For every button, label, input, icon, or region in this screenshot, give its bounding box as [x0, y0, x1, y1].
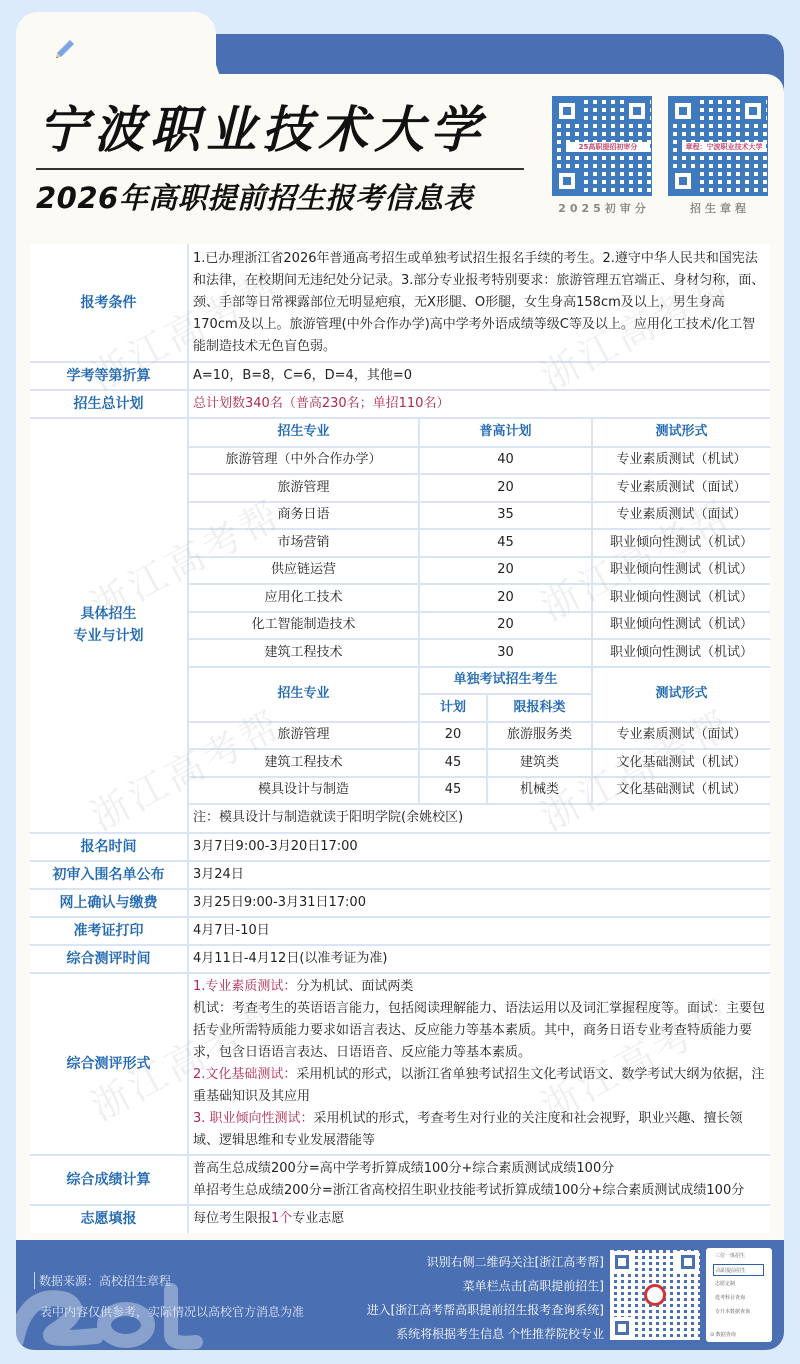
cell-plan: 45 [419, 777, 487, 805]
row-label: 报考条件 [30, 244, 188, 362]
row-label: 招生总计划 [30, 390, 188, 418]
cell-test: 职业倾向性测试（机试） [592, 639, 770, 667]
disclaimer: 表中内容仅供参考，实际情况以高校官方消息为准 [34, 1303, 304, 1320]
row-preference: 志愿填报 每位考生限报1个专业志愿 [30, 1205, 770, 1233]
cell-major: 应用化工技术 [189, 584, 419, 612]
row-value: 1.专业素质测试：分为机试、面试两类 机试：考查考生的英语语言能力，包括阅读理解… [188, 973, 770, 1155]
cell-major: 市场营销 [189, 529, 419, 557]
instruction-line: 菜单栏点击[高职提前招生] [367, 1274, 604, 1298]
qr-code-preliminary-scores[interactable]: 25高职提招初审分 2025初审分 [552, 96, 656, 216]
row-value: 1.已办理浙江省2026年普通高考招生或单独考试招生报名手续的考生。2.遵守中华… [188, 244, 770, 362]
row-value: 普高生总成绩200分=高中学考折算成绩100分+综合素质测试成绩100分 单招考… [188, 1155, 770, 1205]
row-value: 每位考生限报1个专业志愿 [188, 1205, 770, 1233]
menu-item: 专升本数据查询 [706, 1306, 772, 1318]
footer-banner: 数据来源：高校招生章程 表中内容仅供参考，实际情况以高校官方消息为准 识别右侧二… [16, 1240, 784, 1350]
row-eval-form: 综合测评形式 1.专业素质测试：分为机试、面试两类 机试：考查考生的英语语言能力… [30, 973, 770, 1155]
qr-overlay-label: 25高职提招初审分 [566, 142, 650, 152]
page-subtitle: 2026年高职提前招生报考信息表 [36, 178, 536, 218]
row-eval-time: 综合测评时间 4月11日-4月12日(以准考证为准) [30, 945, 770, 973]
instruction-line: 系统将根据考生信息 个性推荐院校专业 [367, 1322, 604, 1346]
row-label: 具体招生 专业与计划 [30, 418, 188, 833]
cell-major: 供应链运营 [189, 557, 419, 585]
general-plan-table: 招生专业 普高计划 测试形式 旅游管理（中外合作办学） 40 专业素质测试（机试… [189, 419, 770, 832]
row-label: 学考等第折算 [30, 362, 188, 390]
row-value: 3月25日9:00-3月31日17:00 [188, 889, 770, 917]
score-formula: 普高生总成绩200分=高中学考折算成绩100分+综合素质测试成绩100分 [193, 1158, 766, 1180]
cell-test: 职业倾向性测试（机试） [592, 612, 770, 640]
admission-info-table: 报考条件 1.已办理浙江省2026年普通高考招生或单独考试招生报名手续的考生。2… [30, 244, 770, 1233]
row-score-calc: 综合成绩计算 普高生总成绩200分=高中学考折算成绩100分+综合素质测试成绩1… [30, 1155, 770, 1205]
cell-test: 职业倾向性测试（机试） [592, 557, 770, 585]
column-group-header: 单独考试招生考生 [419, 667, 592, 695]
row-label: 综合测评时间 [30, 945, 188, 973]
row-label: 志愿填报 [30, 1205, 188, 1233]
table-row: 商务日语 35 专业素质测试（面试） [189, 502, 770, 530]
cell-test: 文化基础测试（机试） [592, 749, 770, 777]
page-title: 宁波职业技术大学 [38, 98, 538, 162]
cell-plan: 45 [419, 529, 592, 557]
row-value: 4月11日-4月12日(以准考证为准) [188, 945, 770, 973]
cell-plan: 30 [419, 639, 592, 667]
table-row: 化工智能制造技术 20 职业倾向性测试（机试） [189, 612, 770, 640]
qr-caption: 2025初审分 [552, 200, 656, 216]
method-text: 机试：考查考生的英语语言能力，包括阅读理解能力、语法运用以及词汇掌握程度等。面试… [193, 1001, 765, 1060]
menu-bottom-label: 数据查询 [716, 1332, 736, 1338]
method-text: 分为机试、面试两类 [296, 979, 413, 994]
cell-major: 建筑工程技术 [189, 749, 419, 777]
title-divider [36, 168, 524, 170]
column-header: 普高计划 [419, 419, 592, 447]
row-label: 综合成绩计算 [30, 1155, 188, 1205]
table-row: 建筑工程技术 30 职业倾向性测试（机试） [189, 639, 770, 667]
score-formula: 单招考生总成绩200分=浙江省高校招生职业技能考试折算成绩100分+综合素质测试… [193, 1180, 766, 1202]
table-row: 模具设计与制造 45 机械类 文化基础测试（机试） [189, 777, 770, 805]
label-line: 专业与计划 [30, 625, 187, 647]
table-row: 旅游管理 20 旅游服务类 专业素质测试（面试） [189, 722, 770, 750]
column-header: 计划 [419, 694, 487, 722]
cell-test: 专业素质测试（机试） [592, 447, 770, 475]
instruction-line: 识别右侧二维码关注[浙江高考帮] [367, 1250, 604, 1274]
method-item: 2.文化基础测试：采用机试的形式，以浙江省单独考试招生文化考试语文、数学考试大纲… [193, 1064, 766, 1108]
cell-plan: 20 [419, 474, 592, 502]
table-note-row: 注：模具设计与制造就读于阳明学院(余姚校区) [189, 804, 770, 832]
table-note: 注：模具设计与制造就读于阳明学院(余姚校区) [189, 804, 770, 832]
cell-test: 专业素质测试（面试） [592, 474, 770, 502]
table-row: 建筑工程技术 45 建筑类 文化基础测试（机试） [189, 749, 770, 777]
row-label: 准考证打印 [30, 917, 188, 945]
row-majors: 具体招生 专业与计划 招生专业 普高计划 测试形式 旅游管理（中外合作办学） 4… [30, 418, 770, 833]
label-line: 具体招生 [30, 603, 187, 625]
qr-overlay-label: 章程：宁波职业技术大学 [682, 142, 766, 152]
row-preliminary-list: 初审入围名单公布 3月24日 [30, 861, 770, 889]
column-header: 测试形式 [592, 419, 770, 447]
table-header: 招生专业 单独考试招生考生 测试形式 [189, 667, 770, 695]
method-item: 机试：考查考生的英语语言能力，包括阅读理解能力、语法运用以及词汇掌握程度等。面试… [193, 998, 766, 1064]
row-value: 3月24日 [188, 861, 770, 889]
data-source: 数据来源：高校招生章程 [34, 1272, 304, 1289]
cell-major: 建筑工程技术 [189, 639, 419, 667]
row-value: 4月7日-10日 [188, 917, 770, 945]
cell-test: 职业倾向性测试（机试） [592, 529, 770, 557]
table-row: 旅游管理（中外合作办学） 40 专业素质测试（机试） [189, 447, 770, 475]
row-value: 3月7日9:00-3月20日17:00 [188, 833, 770, 861]
column-header: 测试形式 [592, 667, 770, 722]
qr-code-icon: 章程：宁波职业技术大学 [668, 96, 768, 196]
method-item: 1.专业素质测试：分为机试、面试两类 [193, 976, 766, 998]
row-ticket-print: 准考证打印 4月7日-10日 [30, 917, 770, 945]
row-requirements: 报考条件 1.已办理浙江省2026年普通高考招生或单独考试招生报名手续的考生。2… [30, 244, 770, 362]
qr-caption: 招生章程 [668, 200, 772, 216]
menu-item: 三位一体招生 [706, 1250, 772, 1262]
table-row: 旅游管理 20 专业素质测试（面试） [189, 474, 770, 502]
cell-category: 建筑类 [487, 749, 592, 777]
brand-badge-icon [644, 1284, 666, 1306]
row-value: 总计划数340名（普高230名；单招110名） [188, 390, 770, 418]
menu-preview: 三位一体招生 高职提前招生 志愿定制 选考科目查询 专升本数据查询 ⊙ 数据查询 [706, 1248, 772, 1342]
row-label: 初审入围名单公布 [30, 861, 188, 889]
column-header: 招生专业 [189, 419, 419, 447]
row-online-confirm: 网上确认与缴费 3月25日9:00-3月31日17:00 [30, 889, 770, 917]
cell-plan: 40 [419, 447, 592, 475]
footer-left: 数据来源：高校招生章程 表中内容仅供参考，实际情况以高校官方消息为准 [34, 1272, 304, 1320]
cell-test: 专业素质测试（面试） [592, 722, 770, 750]
cell-major: 旅游管理（中外合作办学） [189, 447, 419, 475]
column-header: 招生专业 [189, 667, 419, 722]
row-grade-conversion: 学考等第折算 A=10，B=8，C=6，D=4，其他=0 [30, 362, 770, 390]
menu-item: 选考科目查询 [706, 1292, 772, 1304]
pref-count: 1个 [271, 1211, 292, 1226]
qr-code-icon: 25高职提招初审分 [552, 96, 652, 196]
menu-bottom: ⊙ 数据查询 [710, 1331, 736, 1338]
row-value: A=10，B=8，C=6，D=4，其他=0 [188, 362, 770, 390]
row-label: 综合测评形式 [30, 973, 188, 1155]
cell-plan: 20 [419, 557, 592, 585]
pref-suffix: 专业志愿 [292, 1211, 344, 1226]
method-title: 1.专业素质测试： [193, 979, 296, 994]
method-title: 2.文化基础测试： [193, 1067, 296, 1082]
column-header: 限报科类 [487, 694, 592, 722]
row-label: 网上确认与缴费 [30, 889, 188, 917]
row-label: 报名时间 [30, 833, 188, 861]
row-registration-time: 报名时间 3月7日9:00-3月20日17:00 [30, 833, 770, 861]
instruction-line: 进入[浙江高考帮高职提前招生报考查询系统] [367, 1298, 604, 1322]
cell-major: 旅游管理 [189, 474, 419, 502]
table-row: 应用化工技术 20 职业倾向性测试（机试） [189, 584, 770, 612]
table-row: 市场营销 45 职业倾向性测试（机试） [189, 529, 770, 557]
cell-major: 旅游管理 [189, 722, 419, 750]
cell-major: 商务日语 [189, 502, 419, 530]
table-header: 招生专业 普高计划 测试形式 [189, 419, 770, 447]
pencil-icon [54, 38, 76, 60]
qr-code-admission-charter[interactable]: 章程：宁波职业技术大学 招生章程 [668, 96, 772, 216]
cell-test: 文化基础测试（机试） [592, 777, 770, 805]
cell-plan: 20 [419, 612, 592, 640]
row-total-plan: 招生总计划 总计划数340名（普高230名；单招110名） [30, 390, 770, 418]
menu-item-active: 高职提前招生 [713, 1264, 764, 1276]
cell-test: 职业倾向性测试（机试） [592, 584, 770, 612]
cell-test: 专业素质测试（面试） [592, 502, 770, 530]
cell-plan: 20 [419, 722, 487, 750]
method-title: 3. 职业倾向性测试： [193, 1111, 314, 1126]
footer-qr-code[interactable] [610, 1250, 700, 1340]
cell-category: 机械类 [487, 777, 592, 805]
cell-category: 旅游服务类 [487, 722, 592, 750]
method-item: 3. 职业倾向性测试：采用机试的形式，考查考生对行业的关注度和社会视野，职业兴趣… [193, 1108, 766, 1152]
majors-cell: 招生专业 普高计划 测试形式 旅游管理（中外合作办学） 40 专业素质测试（机试… [188, 418, 770, 833]
cell-plan: 35 [419, 502, 592, 530]
cell-plan: 45 [419, 749, 487, 777]
cell-major: 化工智能制造技术 [189, 612, 419, 640]
pref-prefix: 每位考生限报 [193, 1211, 271, 1226]
cell-major: 模具设计与制造 [189, 777, 419, 805]
menu-item: 志愿定制 [706, 1278, 772, 1290]
table-row: 供应链运营 20 职业倾向性测试（机试） [189, 557, 770, 585]
footer-instructions: 识别右侧二维码关注[浙江高考帮] 菜单栏点击[高职提前招生] 进入[浙江高考帮高… [367, 1250, 604, 1346]
cell-plan: 20 [419, 584, 592, 612]
